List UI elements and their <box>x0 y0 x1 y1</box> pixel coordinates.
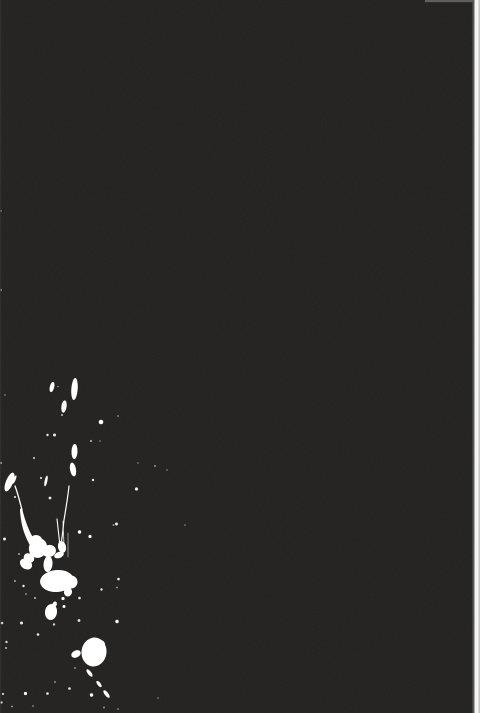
ink-splatter-artwork <box>0 0 480 713</box>
scanned-black-page <box>0 0 480 713</box>
film-grain-overlay <box>0 0 480 713</box>
